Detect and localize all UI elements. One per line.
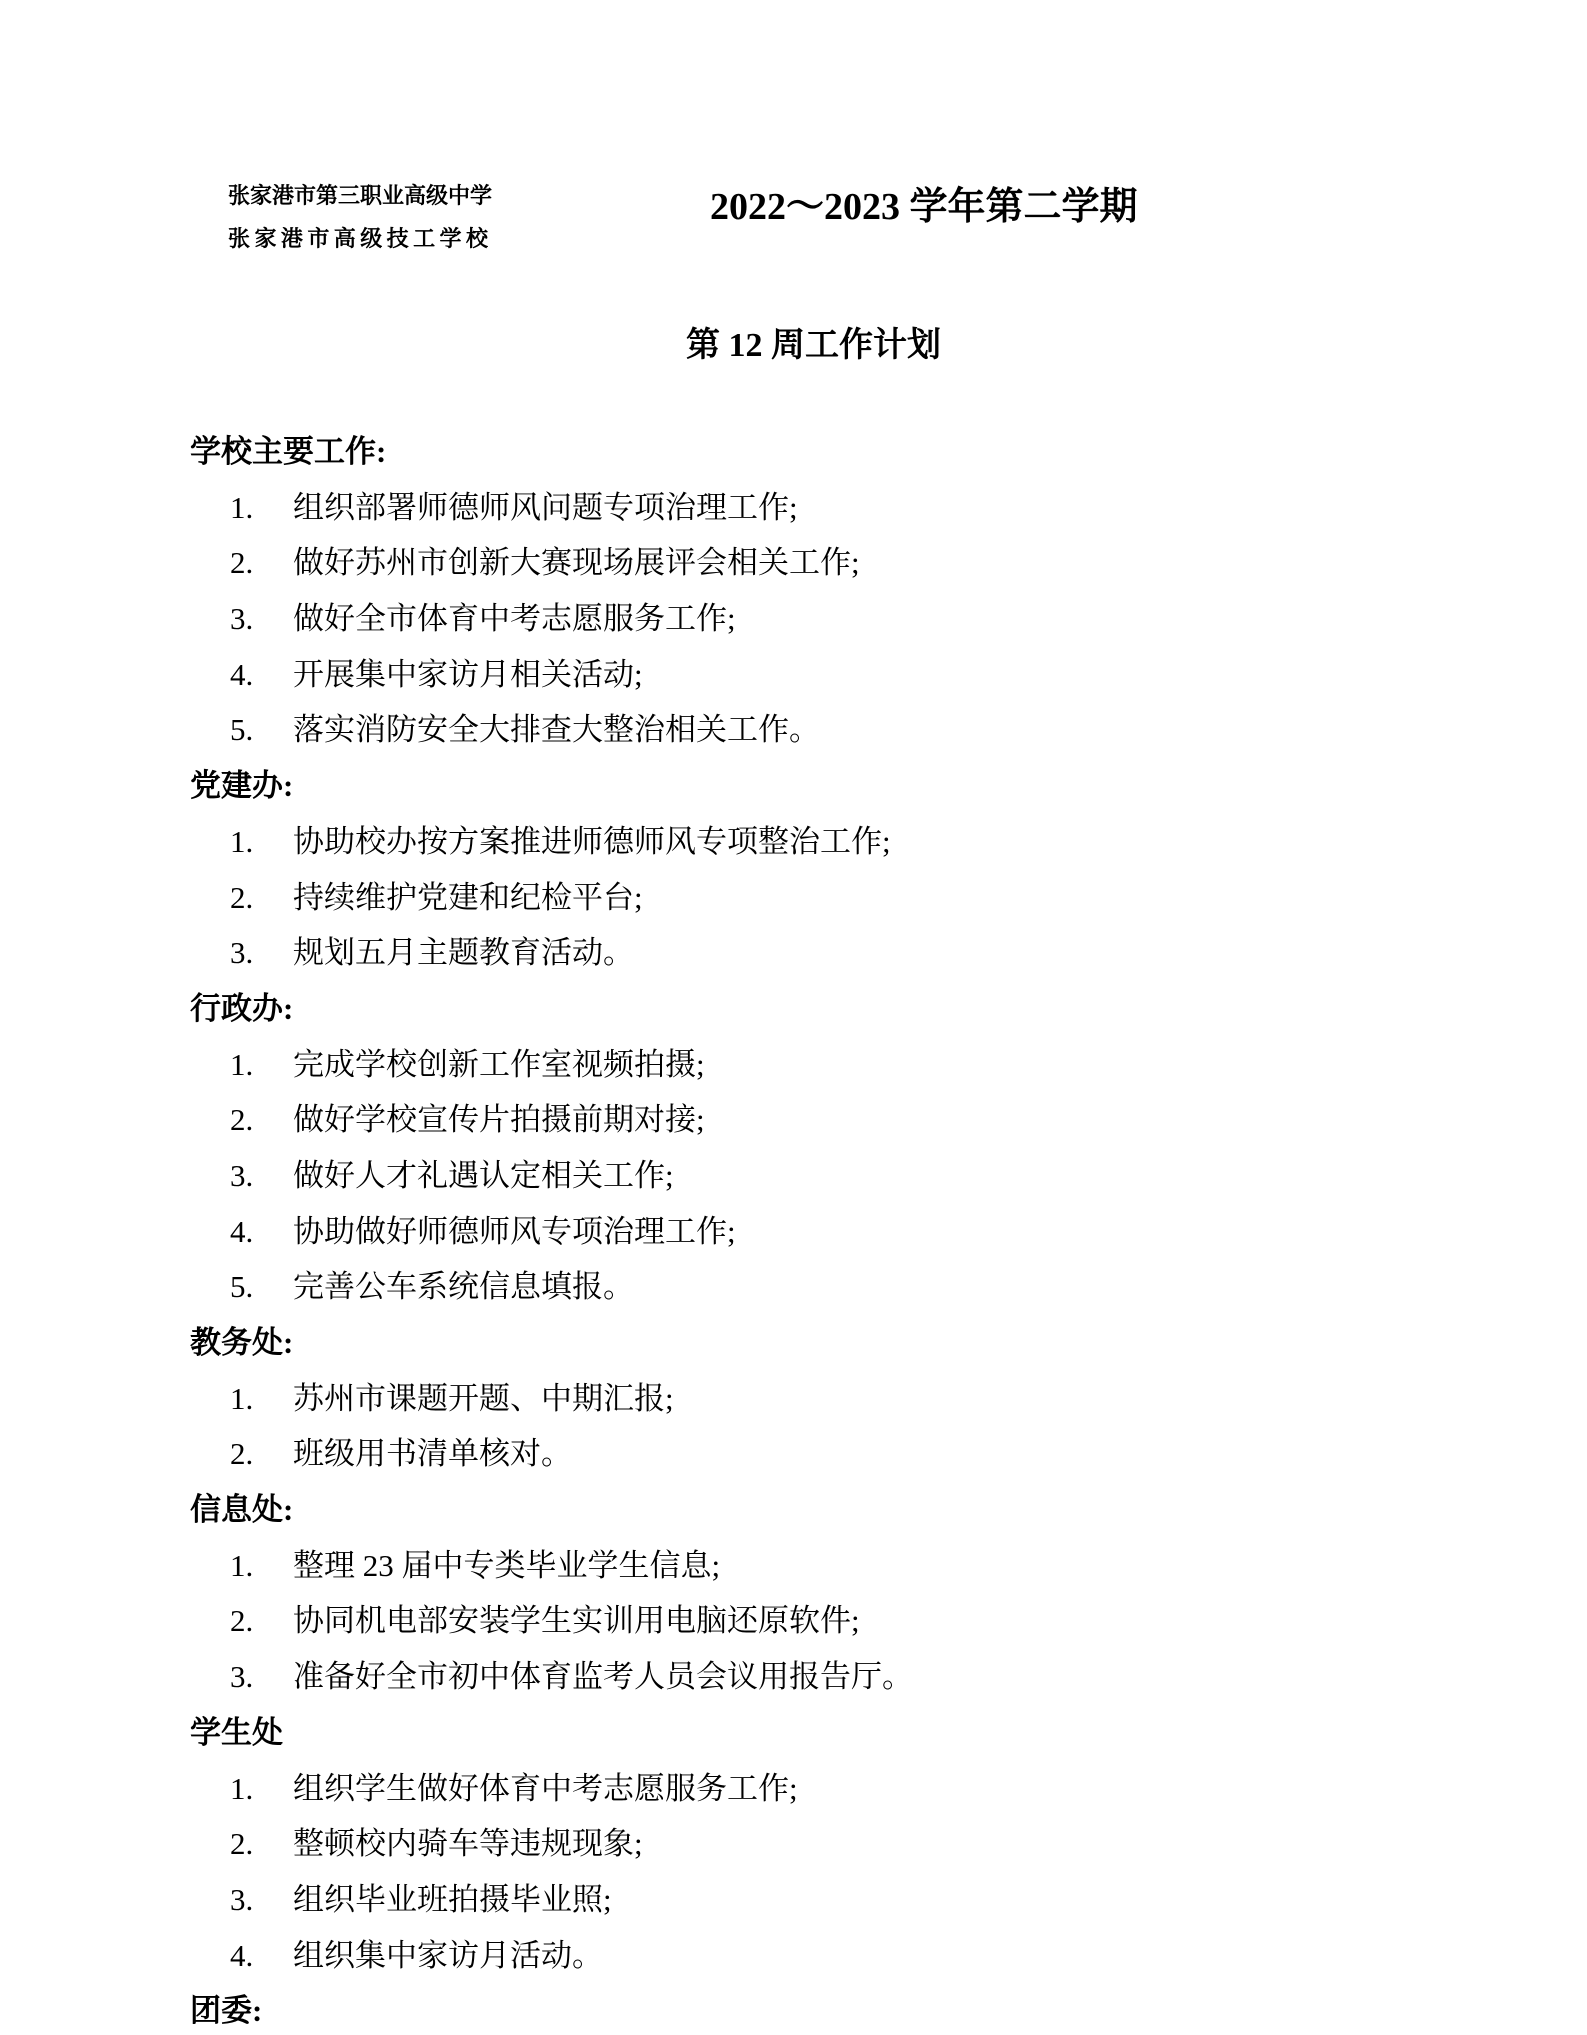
list-item: 1.整理 23 届中专类毕业学生信息; (190, 1538, 1510, 1594)
list-item: 2.协同机电部安装学生实训用电脑还原软件; (190, 1593, 1510, 1649)
item-text: 规划五月主题教育活动。 (293, 935, 634, 970)
item-number: 4. (230, 1204, 293, 1260)
item-number: 3. (230, 1872, 293, 1928)
item-text: 班级用书清单核对。 (293, 1436, 572, 1471)
school-name-primary: 张家港市第三职业高级中学 (228, 174, 488, 217)
item-number: 1. (230, 480, 293, 536)
item-text: 整理 23 届中专类毕业学生信息; (293, 1548, 720, 1583)
list-item: 3.准备好全市初中体育监考人员会议用报告厅。 (190, 1649, 1510, 1705)
list-item: 3.组织毕业班拍摄毕业照; (190, 1872, 1510, 1928)
item-number: 5. (230, 702, 293, 758)
page-title: 第 12 周工作计划 (0, 318, 1587, 373)
list-item: 1.组织部署师德师风问题专项治理工作; (190, 480, 1510, 536)
item-text: 整顿校内骑车等违规现象; (293, 1826, 643, 1861)
item-text: 准备好全市初中体育监考人员会议用报告厅。 (293, 1659, 913, 1694)
school-names: 张家港市第三职业高级中学 张家港市高级技工学校 (228, 174, 488, 260)
item-text: 持续维护党建和纪检平台; (293, 880, 643, 915)
list-item: 1.完成学校创新工作室视频拍摄; (190, 1037, 1510, 1093)
item-text: 苏州市课题开题、中期汇报; (293, 1381, 674, 1416)
list-item: 3.规划五月主题教育活动。 (190, 925, 1510, 981)
item-number: 4. (230, 1928, 293, 1984)
item-number: 4. (230, 647, 293, 703)
item-text: 做好全市体育中考志愿服务工作; (293, 601, 736, 636)
item-number: 1. (230, 1761, 293, 1817)
item-number: 3. (230, 1148, 293, 1204)
item-number: 2. (230, 1816, 293, 1872)
item-number: 3. (230, 591, 293, 647)
item-number: 1. (230, 814, 293, 870)
list-item: 2.整顿校内骑车等违规现象; (190, 1816, 1510, 1872)
list-item: 4.组织集中家访月活动。 (190, 1928, 1510, 1984)
item-text: 做好学校宣传片拍摄前期对接; (293, 1102, 705, 1137)
item-text: 协助做好师德师风专项治理工作; (293, 1214, 736, 1249)
item-text: 组织集中家访月活动。 (293, 1938, 603, 1973)
item-text: 组织部署师德师风问题专项治理工作; (293, 490, 798, 525)
item-number: 2. (230, 1593, 293, 1649)
list-item: 2.持续维护党建和纪检平台; (190, 870, 1510, 926)
item-number: 1. (230, 1538, 293, 1594)
item-number: 2. (230, 870, 293, 926)
item-text: 开展集中家访月相关活动; (293, 657, 643, 692)
section-heading: 团委: (190, 1983, 1510, 2035)
document-page: 张家港市第三职业高级中学 张家港市高级技工学校 2022～2023 学年第二学期… (0, 0, 1587, 2035)
item-text: 组织学生做好体育中考志愿服务工作; (293, 1771, 798, 1806)
item-text: 协同机电部安装学生实训用电脑还原软件; (293, 1603, 860, 1638)
list-item: 1.组织学生做好体育中考志愿服务工作; (190, 1761, 1510, 1817)
section-heading: 学生处 (190, 1705, 1510, 1761)
list-item: 5.完善公车系统信息填报。 (190, 1259, 1510, 1315)
school-name-secondary: 张家港市高级技工学校 (228, 217, 488, 260)
item-number: 1. (230, 1037, 293, 1093)
section-heading: 信息处: (190, 1482, 1510, 1538)
item-number: 1. (230, 1371, 293, 1427)
item-number: 3. (230, 1649, 293, 1705)
item-text: 协助校办按方案推进师德师风专项整治工作; (293, 824, 891, 859)
item-number: 2. (230, 1426, 293, 1482)
item-text: 完善公车系统信息填报。 (293, 1269, 634, 1304)
item-number: 2. (230, 535, 293, 591)
list-item: 2.做好学校宣传片拍摄前期对接; (190, 1092, 1510, 1148)
list-item: 3.做好全市体育中考志愿服务工作; (190, 591, 1510, 647)
item-text: 完成学校创新工作室视频拍摄; (293, 1047, 705, 1082)
section-heading: 行政办: (190, 981, 1510, 1037)
item-text: 落实消防安全大排查大整治相关工作。 (293, 712, 820, 747)
semester-label: 2022～2023 学年第二学期 (710, 185, 1138, 230)
list-item: 5.落实消防安全大排查大整治相关工作。 (190, 702, 1510, 758)
list-item: 4.协助做好师德师风专项治理工作; (190, 1204, 1510, 1260)
list-item: 4.开展集中家访月相关活动; (190, 647, 1510, 703)
list-item: 2.班级用书清单核对。 (190, 1426, 1510, 1482)
item-text: 组织毕业班拍摄毕业照; (293, 1882, 612, 1917)
item-number: 5. (230, 1259, 293, 1315)
section-heading: 党建办: (190, 758, 1510, 814)
document-body: 学校主要工作:1.组织部署师德师风问题专项治理工作;2.做好苏州市创新大赛现场展… (190, 424, 1510, 2035)
list-item: 1.协助校办按方案推进师德师风专项整治工作; (190, 814, 1510, 870)
item-text: 做好人才礼遇认定相关工作; (293, 1158, 674, 1193)
item-number: 2. (230, 1092, 293, 1148)
section-heading: 学校主要工作: (190, 424, 1510, 480)
list-item: 1.苏州市课题开题、中期汇报; (190, 1371, 1510, 1427)
list-item: 3.做好人才礼遇认定相关工作; (190, 1148, 1510, 1204)
list-item: 2.做好苏州市创新大赛现场展评会相关工作; (190, 535, 1510, 591)
item-number: 3. (230, 925, 293, 981)
item-text: 做好苏州市创新大赛现场展评会相关工作; (293, 545, 860, 580)
section-heading: 教务处: (190, 1315, 1510, 1371)
